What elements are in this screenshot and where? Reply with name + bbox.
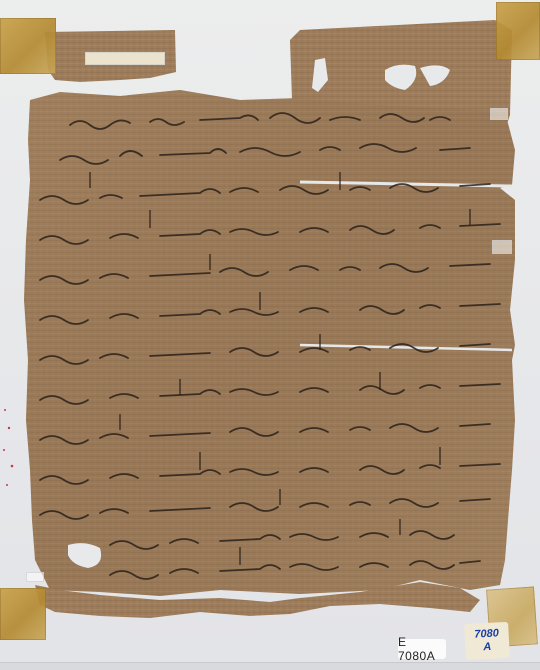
handwritten-tag-line1: 7080: [474, 627, 499, 641]
inventory-label: E 7080A: [398, 639, 446, 659]
handwritten-tag-line2: A: [483, 641, 492, 654]
papyrus-fragment: [0, 0, 540, 670]
hinge-tab: [26, 572, 44, 582]
red-specks: [0, 380, 30, 500]
hinge-tab: [492, 240, 512, 254]
mounting-tape-bottom-left: [0, 588, 46, 640]
mounting-tape-top-right: [496, 2, 540, 60]
glass-bottom-edge: [0, 662, 540, 670]
handwritten-tag: 7080 A: [464, 622, 510, 660]
hinge-tab: [490, 108, 508, 120]
mounting-tape-top-left: [0, 18, 56, 74]
inventory-label-text: E 7080A: [398, 635, 446, 663]
clear-tape-strip: [85, 52, 165, 65]
